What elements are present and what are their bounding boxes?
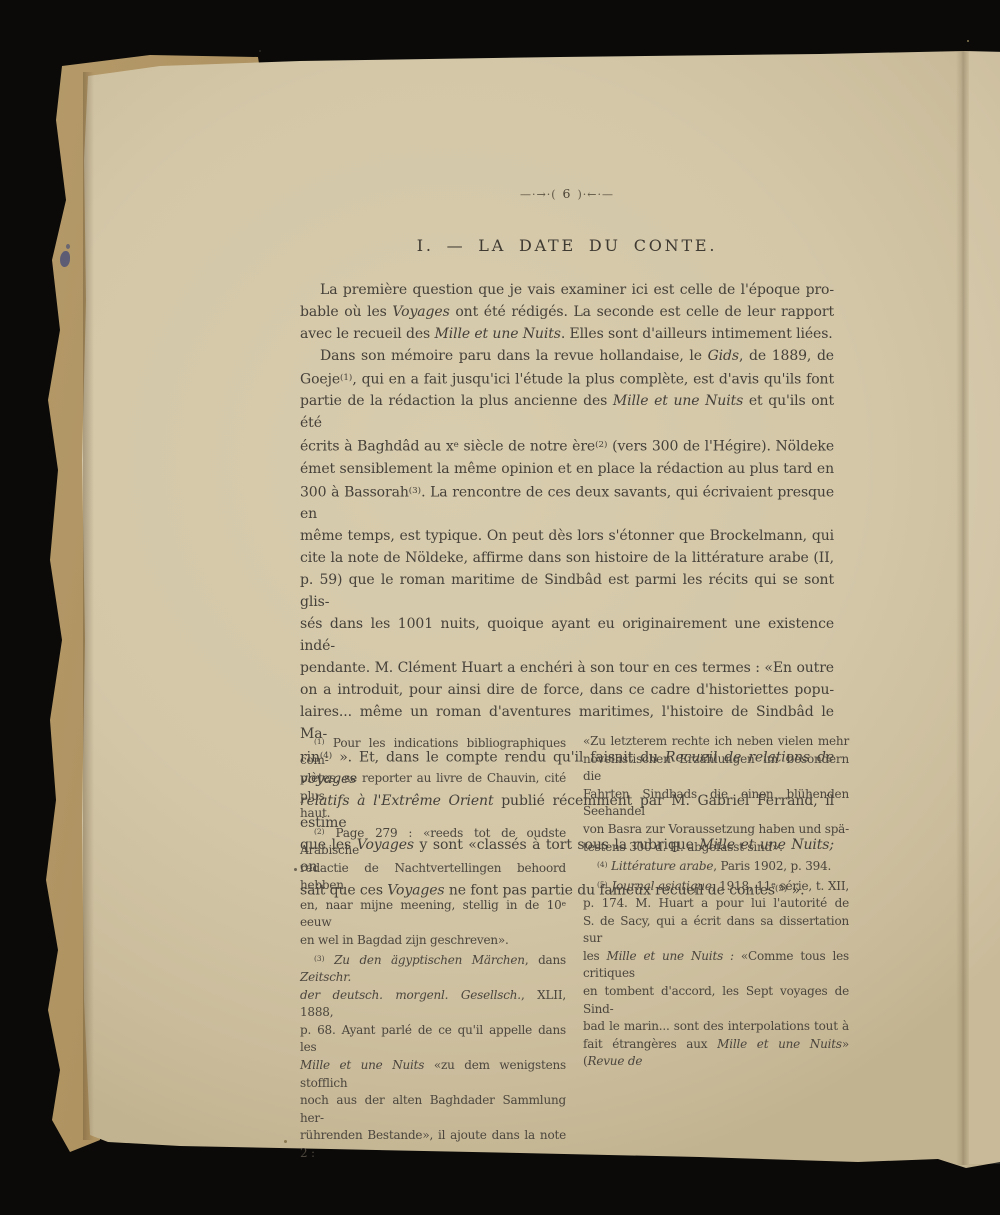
text-line: novellistischen Erzählungen im besondern… — [583, 751, 849, 786]
text-line: Mille et une Nuits «zu dem wenigstens st… — [300, 1057, 566, 1092]
text-line: fait étrangères aux Mille et une Nuits» … — [583, 1036, 849, 1071]
text-line: «Zu letzterem rechte ich neben vielen me… — [583, 733, 849, 751]
text-line: La première question que je vais examine… — [300, 279, 834, 301]
paper-speck — [294, 868, 297, 871]
text-line: (5) Journal asiatique, 1918, 11e série, … — [583, 876, 849, 895]
text-line: von Basra zur Voraussetzung haben und sp… — [583, 821, 849, 839]
text-line: plètes, se reporter au livre de Chauvin,… — [300, 770, 566, 805]
folio-ornament-left: —·→·( — [520, 188, 557, 201]
text-line: (1) Pour les indications bibliographique… — [300, 733, 566, 770]
text-line: avec le recueil des Mille et une Nuits. … — [300, 323, 834, 345]
paper-speck — [284, 1140, 287, 1143]
section-heading: I. — LA DATE DU CONTE. — [300, 236, 834, 255]
text-line: p. 68. Ayant parlé de ce qu'il appelle d… — [300, 1022, 566, 1057]
paragraph: La première question que je vais examine… — [300, 279, 834, 345]
text-line: testens 300 d. H. abgefasst sind». — [583, 839, 849, 857]
text-line: en tombent d'accord, les Sept voyages de… — [583, 983, 849, 1018]
text-line: redactie de Nachtvertellingen behoord he… — [300, 860, 566, 895]
text-line: 300 à Bassorah(3). La rencontre de ces d… — [300, 480, 834, 525]
blue-ink-stain-dot — [66, 244, 70, 249]
text-line: noch aus der alten Baghdader Sammlung he… — [300, 1092, 566, 1127]
text-line: écrits à Baghdâd au xe siècle de notre è… — [300, 434, 834, 457]
text-line: bad le marin... sont des interpolations … — [583, 1018, 849, 1036]
text-line: émet sensiblement la même opinion et en … — [300, 458, 834, 480]
text-line: pendante. M. Clément Huart a enchéri à s… — [300, 657, 834, 679]
paragraph: (5) Journal asiatique, 1918, 11e série, … — [583, 876, 849, 1071]
folio-line: —·→·(6)·←·— — [300, 186, 834, 201]
text-line: Dans son mémoire paru dans la revue holl… — [300, 345, 834, 367]
text-line: en, naar mijne meening, stellig in de 10… — [300, 895, 566, 932]
text-line: der deutsch. morgenl. Gesellsch., XLII, … — [300, 987, 566, 1022]
text-line: sés dans les 1001 nuits, quoique ayant e… — [300, 613, 834, 657]
next-page-edge — [969, 51, 1000, 1164]
page-number: 6 — [557, 186, 578, 201]
paper-speck — [967, 40, 969, 42]
paragraph: (1) Pour les indications bibliographique… — [300, 733, 566, 823]
text-line: (3) Zu den ägyptischen Märchen, dans Zei… — [300, 950, 566, 987]
text-line: partie de la rédaction la plus ancienne … — [300, 390, 834, 434]
paragraph: «Zu letzterem rechte ich neben vielen me… — [583, 733, 849, 856]
text-line: p. 59) que le roman maritime de Sindbâd … — [300, 569, 834, 613]
page-crease-line — [956, 51, 969, 1165]
paragraph: (3) Zu den ägyptischen Märchen, dans Zei… — [300, 950, 566, 1163]
text-line: on a introduit, pour ainsi dire de force… — [300, 679, 834, 701]
text-line: en wel in Bagdad zijn geschreven». — [300, 932, 566, 950]
footnotes-right-column: «Zu letzterem rechte ich neben vielen me… — [583, 733, 849, 1071]
text-line: rührenden Bestande», il ajoute dans la n… — [300, 1127, 566, 1162]
text-line: les Mille et une Nuits : «Comme tous les… — [583, 948, 849, 983]
folio-ornament-right: )·←·— — [577, 188, 614, 201]
text-line: cite la note de Nöldeke, affirme dans so… — [300, 547, 834, 569]
text-line: Fahrten Sindbads die einen blühenden See… — [583, 786, 849, 821]
text-line: bable où les Voyages ont été rédigés. La… — [300, 301, 834, 323]
scanned-book-photo: —·→·(6)·←·— I. — LA DATE DU CONTE. La pr… — [0, 0, 1000, 1215]
text-line: Goeje(1), qui en a fait jusqu'ici l'étud… — [300, 367, 834, 390]
background-dust-speckles — [0, 0, 2, 2]
text-line: S. de Sacy, qui a écrit dans sa disserta… — [583, 913, 849, 948]
text-line: haut. — [300, 805, 566, 823]
text-line: p. 174. M. Huart a pour lui l'autorité d… — [583, 895, 849, 913]
text-line: (2) Page 279 : «reeds tot de oudste Arab… — [300, 823, 566, 860]
text-line: (4) Littérature arabe, Paris 1902, p. 39… — [583, 856, 849, 875]
footnotes-left-column: (1) Pour les indications bibliographique… — [300, 733, 566, 1163]
paragraph: (4) Littérature arabe, Paris 1902, p. 39… — [583, 856, 849, 875]
text-line: même temps, est typique. On peut dès lor… — [300, 525, 834, 547]
page-left-shadow — [83, 72, 94, 1140]
paragraph: (2) Page 279 : «reeds tot de oudste Arab… — [300, 823, 566, 950]
